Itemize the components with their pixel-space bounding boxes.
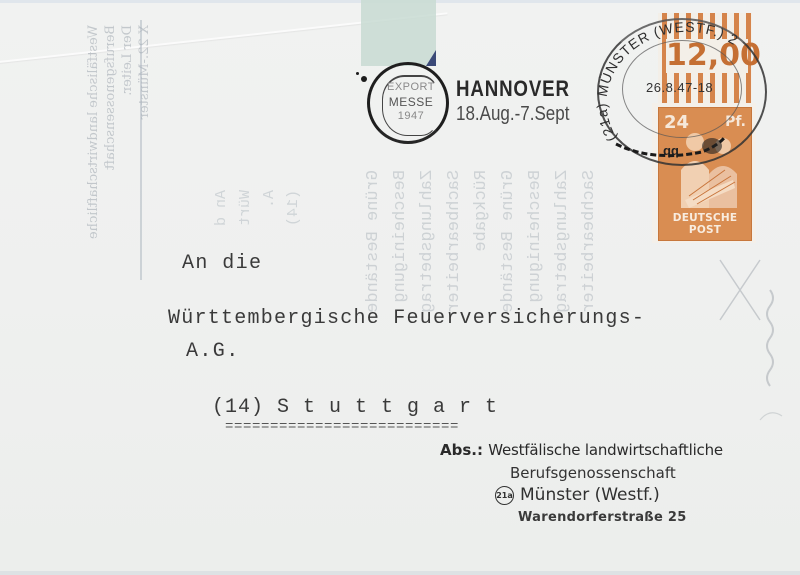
stamp-issuer: DEUTSCHE POST xyxy=(659,212,751,236)
postcard: Westfälische landwirtschaftliche Berufsg… xyxy=(0,0,800,575)
postal-zone-badge: 21a xyxy=(495,486,514,505)
sender-organisation: Westfälische landwirtschaftliche xyxy=(488,441,723,459)
sender-organisation-type: Berufsgenossenschaft xyxy=(510,464,760,482)
ink-spot xyxy=(361,76,367,82)
recipient-suffix: A.G. xyxy=(186,340,240,363)
bleed-line: Berufsgenossenschaft xyxy=(102,25,119,285)
bleed-through-middle: An d Würt A. (14) xyxy=(210,190,360,360)
bleed-line: An d xyxy=(210,190,234,360)
bleed-line: Westfälische landwirtschaftliche xyxy=(85,25,102,285)
recipient-city: (14) S t u t t g a r t xyxy=(212,396,498,419)
sender-street: Warendorferstraße 25 xyxy=(518,510,760,525)
sender-prefix: Abs.: xyxy=(440,441,483,459)
postmark-text: 1947 xyxy=(376,110,446,122)
bleed-through-rule xyxy=(140,20,142,280)
sender-line-1: Abs.: Westfälische landwirtschaftliche xyxy=(440,441,760,459)
bleed-line: (14) xyxy=(282,190,306,360)
bleed-line: Grüne Bestände xyxy=(360,170,387,510)
sender-stamp: Abs.: Westfälische landwirtschaftliche B… xyxy=(440,441,760,525)
slogan-dates: 18.Aug.-7.Sept xyxy=(456,102,570,126)
sender-city: Münster (Westf.) xyxy=(520,485,660,505)
bleed-line: X 22.-Münster xyxy=(136,25,153,285)
slogan-city: HANNOVER xyxy=(456,76,570,102)
postmark-text: EXPORT xyxy=(376,81,446,93)
ink-spot xyxy=(356,72,359,75)
postmark-text: MESSE xyxy=(376,95,446,109)
pencil-scribble xyxy=(700,250,800,440)
tape-corner xyxy=(426,50,436,66)
bleed-line: Der Leiter. xyxy=(119,25,136,285)
bleed-line: Zahlungsbetrag xyxy=(414,170,441,510)
bleed-line: A. xyxy=(258,190,282,360)
card-bottom-edge xyxy=(0,571,800,575)
address-salutation: An die xyxy=(182,252,262,275)
slogan-postmark-circle: EXPORT MESSE 1947 xyxy=(367,62,449,144)
slogan-postmark-text: HANNOVER 18.Aug.-7.Sept xyxy=(456,76,570,126)
bleed-line: Bescheinigung xyxy=(387,170,414,510)
bleed-line: Würt xyxy=(234,190,258,360)
postmark-date: 26.8.47-18 xyxy=(646,80,713,95)
recipient-name: Württembergische Feuerversicherungs- xyxy=(168,307,645,330)
sender-city-line: 21a Münster (Westf.) xyxy=(495,485,760,505)
tape-piece xyxy=(361,0,436,66)
postmark-smear xyxy=(612,130,732,170)
city-underline: ========================== xyxy=(225,419,459,435)
